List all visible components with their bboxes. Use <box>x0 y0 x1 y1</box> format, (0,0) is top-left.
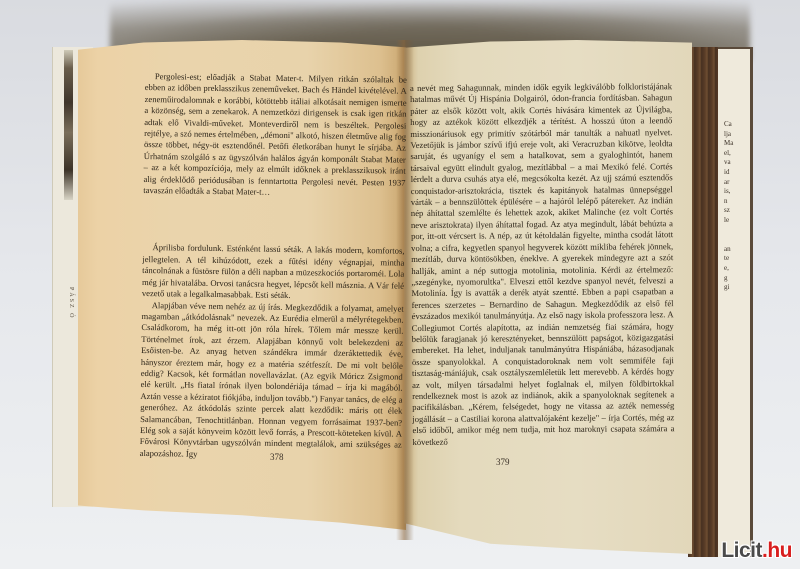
right-page-text: a nevét meg Sahagunnak, minden idők egyi… <box>410 81 675 448</box>
right-paragraph-1: a nevét meg Sahagunnak, minden idők egyi… <box>410 81 675 448</box>
peek-page-text: Ca lja Ma el, va id ar is, n sz le an te… <box>724 120 740 293</box>
page-block-edge <box>688 47 718 557</box>
book-photo-scene: PÁSZ Ó Ca lja Ma el, va id ar is, n sz l… <box>0 0 800 569</box>
page-number-left: 378 <box>270 452 284 462</box>
watermark-domain: .hu <box>762 539 792 562</box>
watermark-brand: Licit <box>721 539 762 562</box>
left-paragraph-2: Áprilisba fordulunk. Esténként lassú sét… <box>142 242 405 303</box>
cover-photo-strip <box>64 50 73 200</box>
licit-watermark: Licit.hu <box>721 539 792 563</box>
section-break <box>143 196 406 246</box>
left-page-text: Pergolesi-est; előadják a Stabat Mater-t… <box>140 71 407 463</box>
page-number-right: 379 <box>496 457 510 467</box>
left-paragraph-1: Pergolesi-est; előadják a Stabat Mater-t… <box>143 71 407 200</box>
left-paragraph-3: Alapjában véve nem nehéz az új írás. Meg… <box>140 299 404 462</box>
spine-title: PÁSZ Ó <box>63 287 75 320</box>
